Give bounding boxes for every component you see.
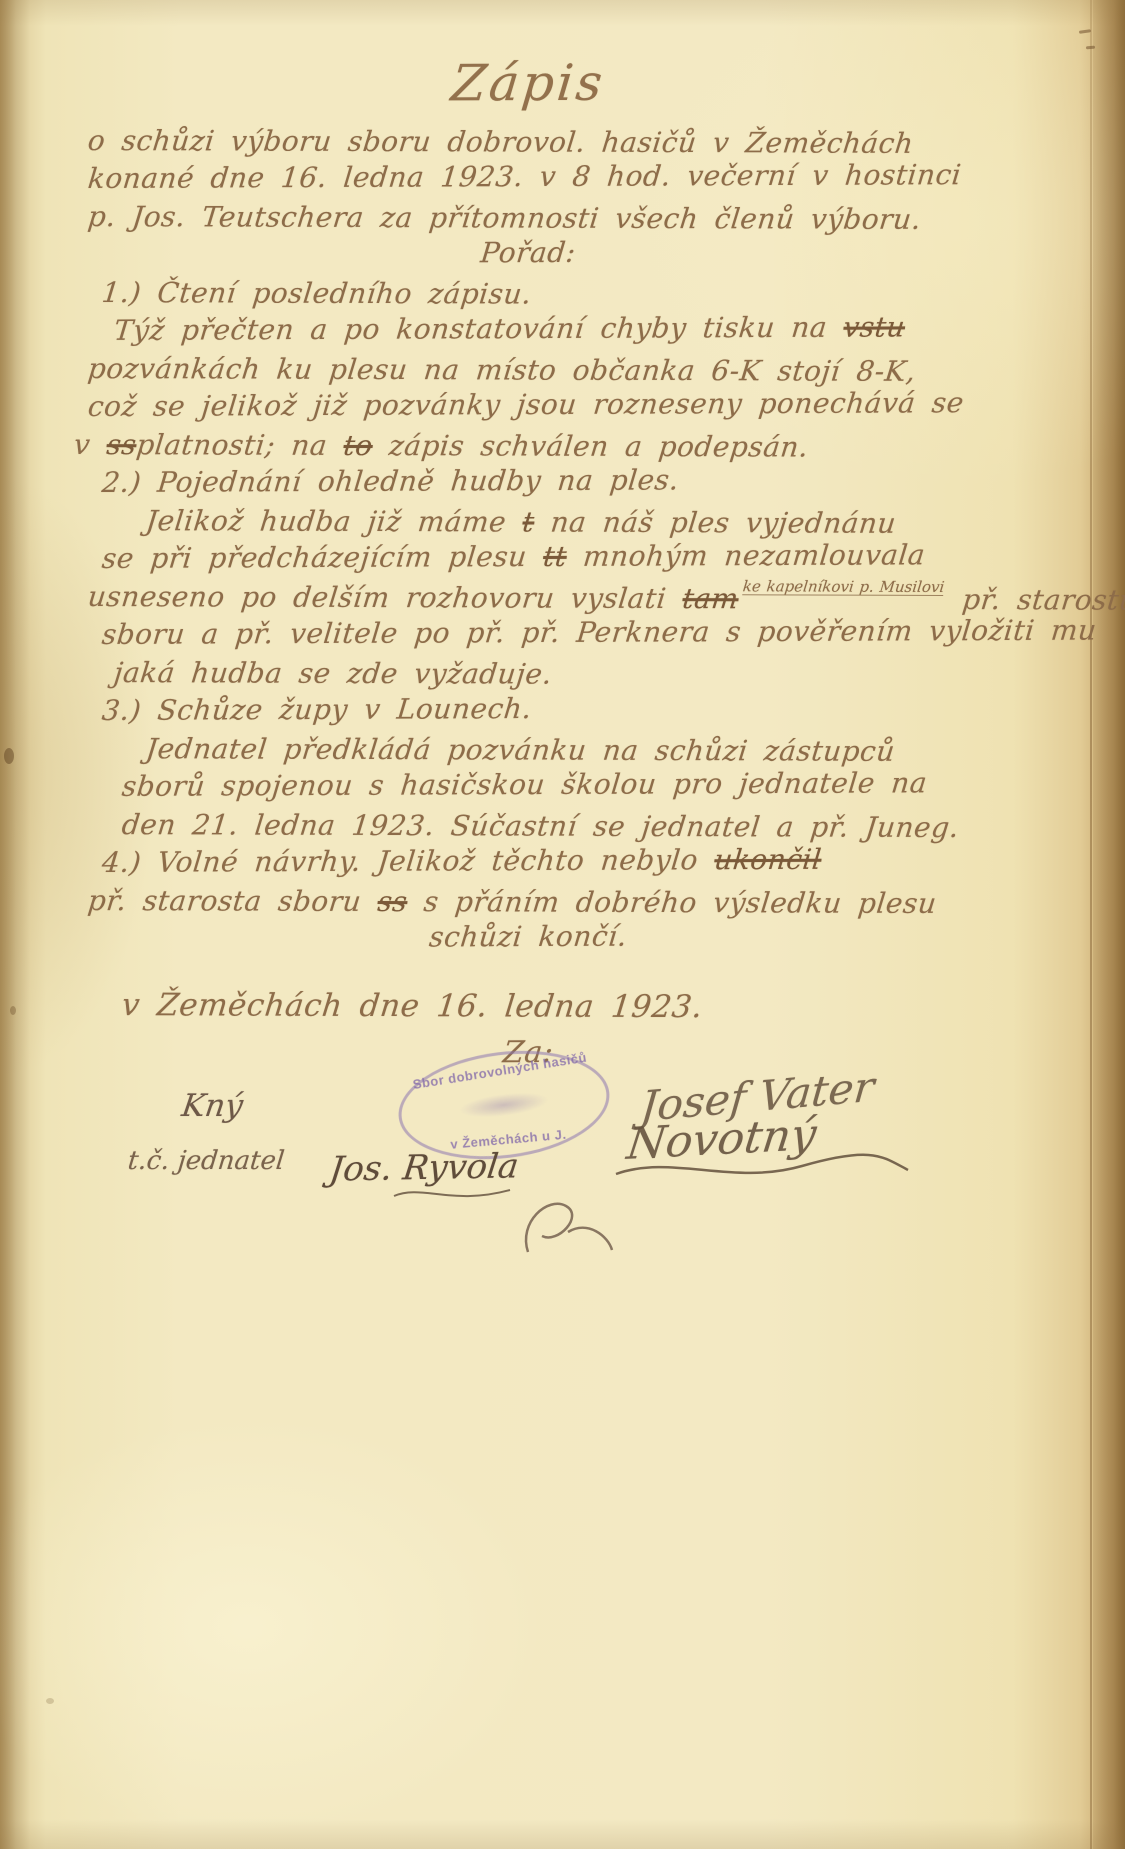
- manuscript-body: Zápiso schůzi výboru sboru dobrovol. has…: [88, 48, 968, 1074]
- text-segment: Jelikož hudba již máme: [144, 504, 524, 538]
- text-segment: př. starosta sboru: [86, 884, 379, 918]
- text-segment: p. Jos. Teutschera za přítomnosti všech …: [86, 200, 923, 236]
- agenda-item-2: 2.) Pojednání ohledně hudby na ples.: [86, 460, 970, 502]
- text-segment: sboru a př. velitele po př. př. Perknera…: [100, 614, 1098, 651]
- page-binding-edge: [0, 0, 30, 1849]
- text-segment: mnohým nezamlouvala: [565, 538, 927, 573]
- paper-speck: [10, 1006, 16, 1015]
- manuscript-line: sborů spojenou s hasičskou školou pro je…: [86, 764, 970, 806]
- text-segment: usneseno po delším rozhovoru vyslati: [86, 580, 684, 615]
- text-segment: schůzi končí.: [428, 920, 629, 954]
- text-segment: konané dne 16. ledna 1923. v 8 hod. veče…: [86, 158, 963, 195]
- manuscript-line: což se jelikož již pozvánky jsou roznese…: [86, 384, 970, 426]
- text-segment: zápis schválen a podepsán.: [371, 429, 810, 464]
- agenda-heading: Pořad:: [86, 232, 970, 274]
- text-segment: což se jelikož již pozvánky jsou roznese…: [86, 386, 965, 423]
- text-segment: 4.) Volné návrhy. Jelikož těchto nebylo: [100, 843, 716, 879]
- text-segment: 1.) Čtení posledního zápisu.: [100, 276, 533, 310]
- signature-flourish: [392, 1182, 512, 1206]
- struck-text: vstu: [842, 310, 907, 343]
- agenda-item-4: 4.) Volné návrhy. Jelikož těchto nebylo …: [86, 840, 970, 882]
- text-segment: v: [72, 428, 108, 461]
- paper-speck: [46, 1698, 54, 1704]
- text-segment: v Žeměchách dne 16. ledna 1923.: [120, 987, 705, 1025]
- text-segment: Zápis: [449, 54, 608, 113]
- top-shadow: [0, 0, 1125, 26]
- text-segment: 3.) Schůze župy v Lounech.: [100, 692, 533, 727]
- struck-text: ss: [105, 428, 138, 461]
- struck-text: ss: [376, 885, 409, 918]
- text-segment: jaká hudba se zde vyžaduje.: [112, 656, 554, 691]
- manuscript-line: sboru a př. velitele po př. př. Perknera…: [86, 612, 970, 654]
- page-stack-edge: [1093, 0, 1125, 1849]
- ink-mark: [1086, 46, 1095, 50]
- text-segment: s přáním dobrého výsledku plesu: [406, 885, 939, 920]
- manuscript-line: konané dne 16. ledna 1923. v 8 hod. veče…: [86, 156, 970, 198]
- text-segment: platnosti; na: [135, 428, 346, 462]
- text-segment: den 21. ledna 1923. Súčastní se jednatel…: [120, 808, 961, 844]
- manuscript-line: schůzi končí.: [86, 916, 970, 958]
- text-segment: na náš ples vyjednánu: [533, 506, 898, 540]
- struck-text: tt: [542, 540, 569, 573]
- text-segment: se při předcházejícím plesu: [100, 540, 545, 575]
- text-segment: Jednatel předkládá pozvánku na schůzi zá…: [144, 732, 896, 768]
- page-edge-line: [1090, 0, 1092, 1849]
- manuscript-line: Týž přečten a po konstatování chyby tisk…: [86, 308, 970, 350]
- manuscript-line: se při předcházejícím plesu tt mnohým ne…: [86, 536, 970, 578]
- signature-flourish: [508, 1192, 618, 1262]
- text-segment: sborů spojenou s hasičskou školou pro je…: [120, 766, 928, 803]
- signature-left-role: t.č. jednatel: [126, 1146, 285, 1176]
- text-segment: o schůzi výboru sboru dobrovol. hasičů v…: [86, 124, 915, 160]
- signature-left-name: Kný: [179, 1088, 245, 1124]
- text-segment: pozvánkách ku plesu na místo občanka 6-K…: [86, 352, 917, 388]
- signature-flourish: [612, 1148, 912, 1188]
- scanned-manuscript-page: Zápiso schůzi výboru sboru dobrovol. has…: [0, 0, 1125, 1849]
- doc-title: Zápis: [84, 44, 972, 122]
- struck-text: ukončil: [713, 843, 823, 876]
- dateline: v Žeměchách dne 16. ledna 1923.: [86, 986, 970, 1027]
- agenda-item-3: 3.) Schůze župy v Lounech.: [86, 688, 970, 730]
- inserted-correction-text: ke kapelníkovi p. Musilovi: [742, 579, 945, 596]
- text-segment: 2.) Pojednání ohledně hudby na ples.: [100, 463, 680, 499]
- text-segment: Pořad:: [479, 236, 577, 269]
- struck-text: tam: [681, 582, 741, 615]
- stamp-smudge: [458, 1089, 550, 1122]
- text-segment: Týž přečten a po konstatování chyby tisk…: [112, 311, 845, 347]
- paper-speck: [4, 748, 14, 764]
- struck-text: to: [342, 429, 375, 462]
- bottom-shadow: [0, 1819, 1125, 1849]
